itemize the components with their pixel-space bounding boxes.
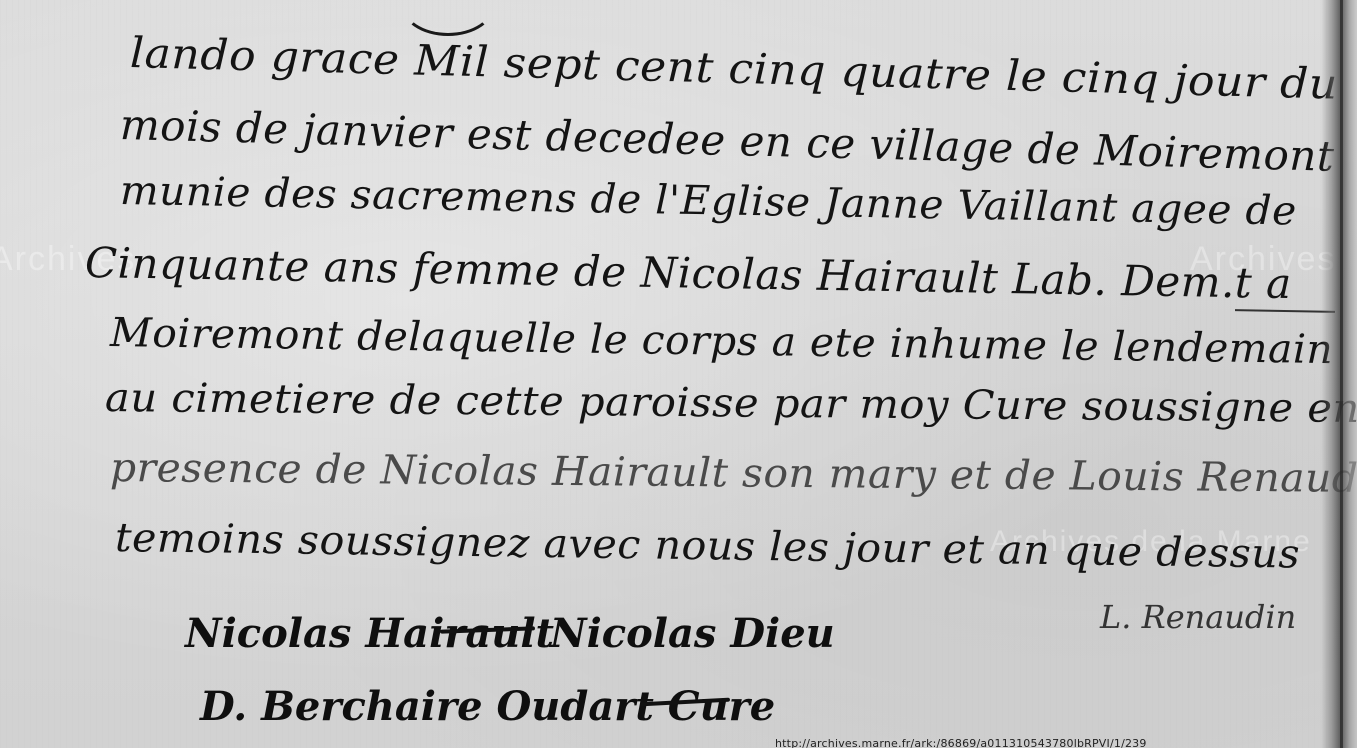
top-flourish bbox=[400, 0, 496, 36]
source-url-stamp: http://archives.marne.fr/ark:/86869/a011… bbox=[775, 737, 1147, 748]
handwritten-line-5: Moiremont delaquelle le corps a ete inhu… bbox=[110, 310, 1334, 373]
handwritten-line-6: au cimetiere de cette paroisse par moy C… bbox=[105, 375, 1357, 432]
margin-rule bbox=[1235, 309, 1335, 313]
handwritten-line-1: lando grace Mil sept cent cinq quatre le… bbox=[129, 28, 1338, 109]
handwritten-line-4: Cinquante ans femme de Nicolas Hairault … bbox=[85, 238, 1293, 308]
handwritten-line-8: temoins soussignez avec nous les jour et… bbox=[115, 515, 1301, 578]
page-binding-gutter bbox=[1321, 0, 1357, 748]
handwritten-line-2: mois de janvier est decedee en ce villag… bbox=[119, 100, 1335, 181]
signature-nicolas-dieu: Nicolas Dieu bbox=[550, 610, 835, 657]
scanned-register-page: Archives Archives Archives de la Marne l… bbox=[0, 0, 1357, 748]
signature-berchaire-oudart-cure: D. Berchaire Oudart Cure bbox=[200, 683, 775, 730]
handwritten-line-7: presence de Nicolas Hairault son mary et… bbox=[110, 445, 1357, 502]
handwritten-line-3: munie des sacremens de l'Eglise Janne Va… bbox=[120, 168, 1298, 235]
page-edge bbox=[1340, 0, 1343, 748]
signature-renaudin: L. Renaudin bbox=[1100, 598, 1296, 636]
signature-nicolas-hairault: Nicolas Hairault bbox=[185, 610, 554, 657]
